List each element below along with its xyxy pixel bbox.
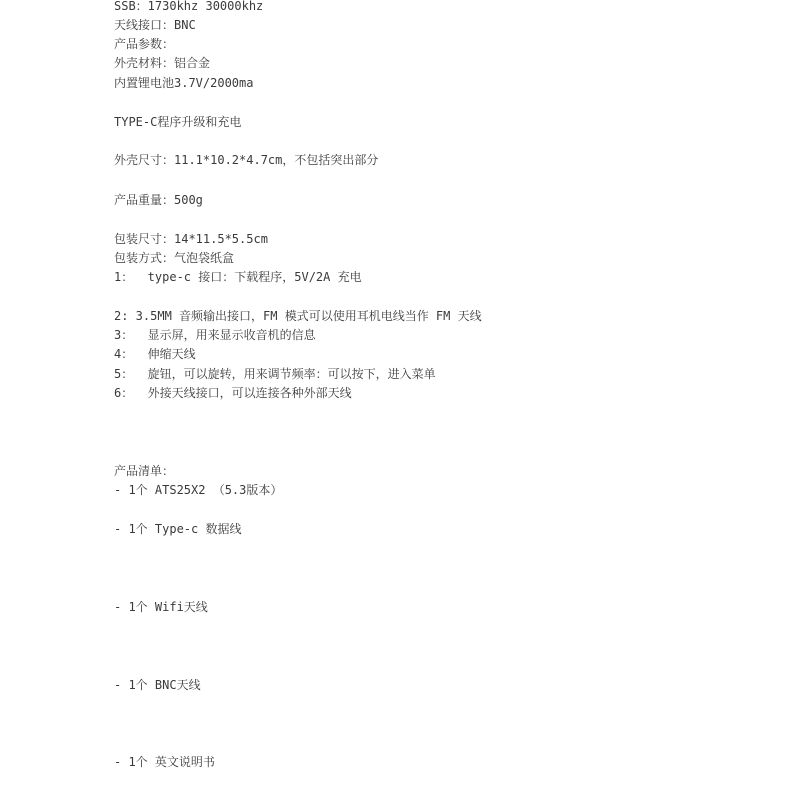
text-line: 1： type-c 接口：下载程序，5V/2A 充电: [114, 269, 362, 285]
text-line: 外壳材料：铝合金: [114, 55, 210, 71]
text-line: 2: 3.5MM 音频输出接口，FM 模式可以使用耳机电线当作 FM 天线: [114, 308, 482, 324]
text-line: 6： 外接天线接口，可以连接各种外部天线: [114, 385, 352, 401]
text-line: 5： 旋钮，可以旋转，用来调节频率：可以按下，进入菜单: [114, 366, 436, 382]
text-line: 内置锂电池3.7V/2000ma: [114, 75, 253, 91]
text-line: 4： 伸缩天线: [114, 346, 196, 362]
text-line: 天线接口：BNC: [114, 17, 196, 33]
text-line: 产品重量：500g: [114, 192, 203, 208]
text-line: 产品参数：: [114, 36, 174, 52]
text-line: 包装尺寸：14*11.5*5.5cm: [114, 231, 268, 247]
text-line: - 1个 Wifi天线: [114, 599, 208, 615]
text-line: SSB：1730khz 30000khz: [114, 0, 263, 14]
text-line: TYPE-C程序升级和充电: [114, 114, 241, 130]
text-line: 包装方式：气泡袋纸盒: [114, 250, 234, 266]
text-line: 外壳尺寸：11.1*10.2*4.7cm，不包括突出部分: [114, 152, 378, 168]
text-line: - 1个 Type-c 数据线: [114, 521, 241, 537]
text-line: 产品清单：: [114, 463, 174, 479]
text-line: 3： 显示屏，用来显示收音机的信息: [114, 327, 316, 343]
text-line: - 1个 BNC天线: [114, 677, 201, 693]
text-line: - 1个 ATS25X2 （5.3版本）: [114, 482, 282, 498]
text-line: - 1个 英文说明书: [114, 754, 215, 770]
